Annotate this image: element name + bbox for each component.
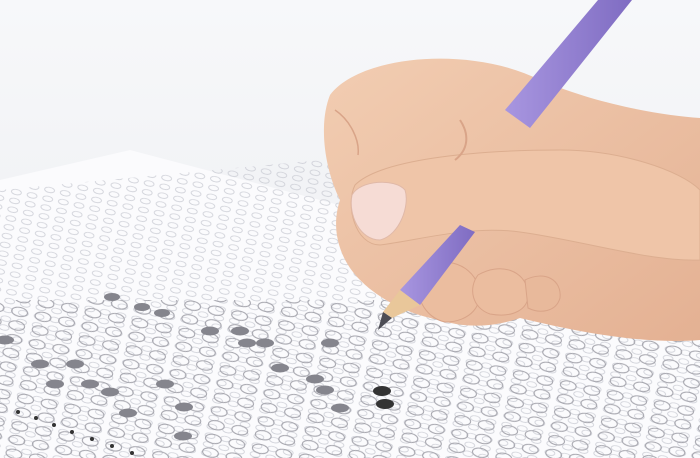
answer-sheet-illustration: [0, 0, 700, 458]
photo-answer-sheet: [0, 0, 700, 458]
